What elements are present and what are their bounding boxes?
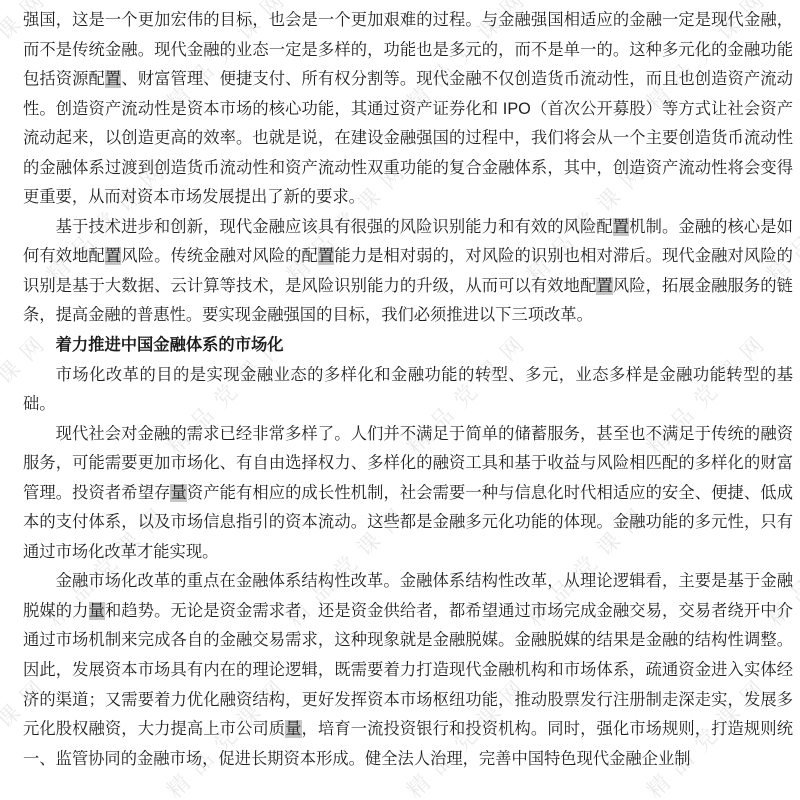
paragraph-risk-allocation: 基于技术进步和创新，现代金融应该具有很强的风险识别能力和有效的风险配置机制。金融… xyxy=(23,213,793,331)
paragraph-diverse-demand: 现代社会对金融的需求已经非常多样了。人们并不满足于简单的储蓄服务，甚至也不满足于… xyxy=(23,420,793,568)
article-body: 强国，这是一个更加宏伟的目标，也会是一个更加艰难的过程。与金融强国相适应的金融一… xyxy=(23,6,793,774)
document-page: 精品党课网精品党课网精品党课网精品党课网精品党课网精品党课网精品党课网精品党课网… xyxy=(0,0,800,800)
paragraph-continuation: 强国，这是一个更加宏伟的目标，也会是一个更加艰难的过程。与金融强国相适应的金融一… xyxy=(23,6,793,213)
section-heading-marketization: 着力推进中国金融体系的市场化 xyxy=(23,331,793,361)
paragraph-structural-reform: 金融市场化改革的重点在金融体系结构性改革。金融体系结构性改革，从理论逻辑看，主要… xyxy=(23,567,793,774)
paragraph-reform-goal: 市场化改革的目的是实现金融业态的多样化和金融功能的转型、多元，业态多样是金融功能… xyxy=(23,361,793,420)
